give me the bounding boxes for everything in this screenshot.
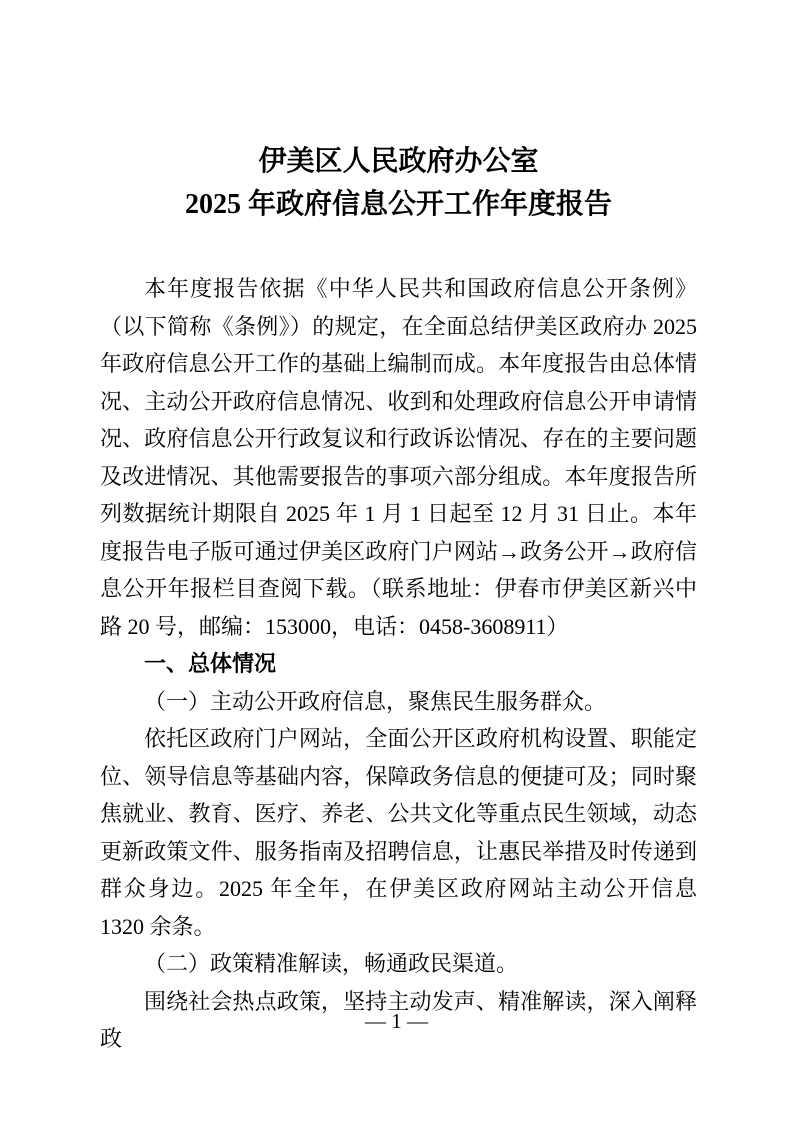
- subsection-2-heading: （二）政策精准解读，畅通政民渠道。: [100, 945, 697, 983]
- subsection-1-heading: （一）主动公开政府信息，聚焦民生服务群众。: [100, 683, 697, 721]
- intro-paragraph: 本年度报告依据《中华人民共和国政府信息公开条例》（以下简称《条例》）的规定，在全…: [100, 270, 697, 645]
- section-1-heading: 一、总体情况: [100, 645, 697, 683]
- page-number: — 1 —: [0, 1003, 793, 1041]
- document-page: 伊美区人民政府办公室 2025 年政府信息公开工作年度报告 本年度报告依据《中华…: [0, 0, 793, 1122]
- subsection-1-paragraph: 依托区政府门户网站，全面公开区政府机构设置、职能定位、领导信息等基础内容，保障政…: [100, 720, 697, 945]
- document-body: 本年度报告依据《中华人民共和国政府信息公开条例》（以下简称《条例》）的规定，在全…: [100, 270, 697, 1058]
- document-title: 伊美区人民政府办公室 2025 年政府信息公开工作年度报告: [100, 140, 697, 226]
- document-title-line-2: 2025 年政府信息公开工作年度报告: [100, 183, 697, 226]
- document-title-line-1: 伊美区人民政府办公室: [100, 140, 697, 183]
